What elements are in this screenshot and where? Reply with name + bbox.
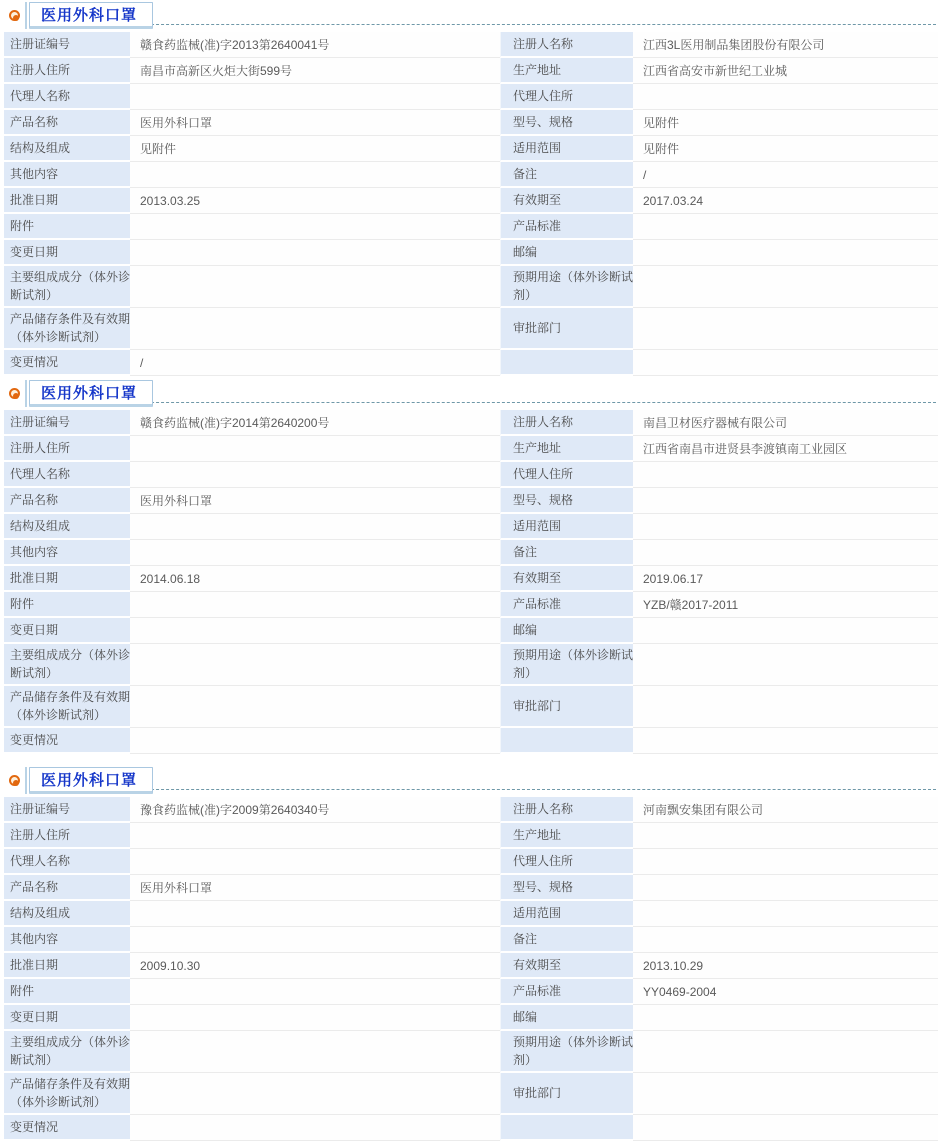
field-label: 批准日期 (4, 188, 130, 214)
field-value: 见附件 (633, 136, 938, 162)
record-section-1: 医用外科口罩 注册证编号 赣食药监械(准)字2013第2640041号 注册人名… (4, 2, 938, 376)
field-value (633, 901, 938, 927)
section-title: 医用外科口罩 (29, 380, 153, 407)
field-label: 注册人名称 (500, 410, 633, 436)
field-value (633, 686, 938, 728)
field-label: 其他内容 (4, 540, 130, 566)
field-value: / (633, 162, 938, 188)
field-value: 赣食药监械(准)字2014第2640200号 (130, 410, 500, 436)
section-title: 医用外科口罩 (29, 767, 153, 794)
field-label: 注册证编号 (4, 32, 130, 58)
bullseye-icon (9, 10, 20, 21)
field-value (633, 540, 938, 566)
section-title: 医用外科口罩 (29, 2, 153, 29)
field-value (633, 1031, 938, 1073)
field-value (130, 849, 500, 875)
field-label: 附件 (4, 979, 130, 1005)
field-label: 有效期至 (500, 188, 633, 214)
field-value (130, 901, 500, 927)
field-value: 2019.06.17 (633, 566, 938, 592)
field-label: 产品储存条件及有效期（体外诊断试剂） (4, 308, 130, 350)
field-value (633, 849, 938, 875)
field-value: 2017.03.24 (633, 188, 938, 214)
field-value (633, 728, 938, 754)
field-label: 代理人住所 (500, 84, 633, 110)
field-label: 备注 (500, 162, 633, 188)
field-value (130, 979, 500, 1005)
field-value (633, 514, 938, 540)
field-label: 预期用途（体外诊断试剂） (500, 1031, 633, 1073)
field-value (130, 514, 500, 540)
field-label: 适用范围 (500, 514, 633, 540)
field-label: 代理人名称 (4, 462, 130, 488)
section-header: 医用外科口罩 (3, 767, 938, 794)
field-label: 预期用途（体外诊断试剂） (500, 266, 633, 308)
field-value (633, 823, 938, 849)
field-label: 结构及组成 (4, 136, 130, 162)
field-label: 备注 (500, 540, 633, 566)
field-value: 2009.10.30 (130, 953, 500, 979)
section-header: 医用外科口罩 (3, 380, 938, 407)
field-value: 赣食药监械(准)字2013第2640041号 (130, 32, 500, 58)
field-value (130, 162, 500, 188)
field-label: 代理人名称 (4, 84, 130, 110)
field-value (633, 644, 938, 686)
field-label: 代理人名称 (4, 849, 130, 875)
field-label: 适用范围 (500, 136, 633, 162)
field-value (130, 1073, 500, 1115)
field-label: 适用范围 (500, 901, 633, 927)
field-value (633, 240, 938, 266)
field-label (500, 728, 633, 754)
field-label: 注册证编号 (4, 410, 130, 436)
field-label: 主要组成成分（体外诊断试剂） (4, 266, 130, 308)
field-value (130, 686, 500, 728)
bullet-icon-box (3, 767, 27, 794)
field-label: 结构及组成 (4, 514, 130, 540)
field-label: 注册证编号 (4, 797, 130, 823)
field-label: 附件 (4, 214, 130, 240)
field-label: 型号、规格 (500, 488, 633, 514)
field-label: 生产地址 (500, 823, 633, 849)
field-label (500, 350, 633, 376)
field-label: 其他内容 (4, 162, 130, 188)
field-label: 变更情况 (4, 1115, 130, 1141)
field-value: 2013.03.25 (130, 188, 500, 214)
bullseye-icon (9, 388, 20, 399)
field-value (130, 1005, 500, 1031)
field-label: 邮编 (500, 240, 633, 266)
field-value (130, 214, 500, 240)
field-label: 注册人住所 (4, 436, 130, 462)
field-value (633, 618, 938, 644)
field-value (130, 927, 500, 953)
field-label: 变更日期 (4, 1005, 130, 1031)
field-value (633, 214, 938, 240)
field-value (633, 1005, 938, 1031)
record-table: 注册证编号 赣食药监械(准)字2014第2640200号 注册人名称 南昌卫材医… (4, 410, 938, 754)
field-label: 变更日期 (4, 240, 130, 266)
field-label: 产品名称 (4, 110, 130, 136)
record-table: 注册证编号 赣食药监械(准)字2013第2640041号 注册人名称 江西3L医… (4, 32, 938, 376)
field-value (633, 266, 938, 308)
field-label: 批准日期 (4, 953, 130, 979)
field-value (633, 927, 938, 953)
field-label: 附件 (4, 592, 130, 618)
field-label: 变更情况 (4, 728, 130, 754)
field-value: 南昌市高新区火炬大街599号 (130, 58, 500, 84)
field-label (500, 1115, 633, 1141)
registration-records-page: 医用外科口罩 注册证编号 赣食药监械(准)字2013第2640041号 注册人名… (0, 0, 940, 1141)
record-table: 注册证编号 豫食药监械(准)字2009第2640340号 注册人名称 河南飘安集… (4, 797, 938, 1141)
bullseye-icon (9, 775, 20, 786)
field-label: 主要组成成分（体外诊断试剂） (4, 1031, 130, 1073)
field-value (130, 618, 500, 644)
dashed-divider (141, 789, 936, 790)
field-label: 产品标准 (500, 592, 633, 618)
field-label: 产品储存条件及有效期（体外诊断试剂） (4, 686, 130, 728)
field-value: YZB/赣2017-2011 (633, 592, 938, 618)
field-label: 其他内容 (4, 927, 130, 953)
field-label: 生产地址 (500, 436, 633, 462)
field-label: 产品标准 (500, 214, 633, 240)
field-value (130, 1031, 500, 1073)
field-label: 注册人住所 (4, 823, 130, 849)
field-value (130, 823, 500, 849)
field-label: 产品名称 (4, 488, 130, 514)
field-value: 河南飘安集团有限公司 (633, 797, 938, 823)
field-label: 代理人住所 (500, 462, 633, 488)
record-section-2: 医用外科口罩 注册证编号 赣食药监械(准)字2014第2640200号 注册人名… (4, 380, 938, 754)
record-section-3: 医用外科口罩 注册证编号 豫食药监械(准)字2009第2640340号 注册人名… (4, 767, 938, 1141)
field-label: 生产地址 (500, 58, 633, 84)
field-label: 审批部门 (500, 308, 633, 350)
field-label: 有效期至 (500, 566, 633, 592)
field-value (633, 1115, 938, 1141)
field-label: 注册人名称 (500, 797, 633, 823)
field-value (130, 540, 500, 566)
field-value: / (130, 350, 500, 376)
field-label: 产品标准 (500, 979, 633, 1005)
field-value: 南昌卫材医疗器械有限公司 (633, 410, 938, 436)
field-value (130, 728, 500, 754)
field-value: 见附件 (633, 110, 938, 136)
field-value (633, 462, 938, 488)
field-label: 注册人名称 (500, 32, 633, 58)
field-value (130, 84, 500, 110)
field-label: 变更日期 (4, 618, 130, 644)
field-value (130, 462, 500, 488)
field-label: 主要组成成分（体外诊断试剂） (4, 644, 130, 686)
field-label: 型号、规格 (500, 875, 633, 901)
field-value (633, 350, 938, 376)
section-header: 医用外科口罩 (3, 2, 938, 29)
field-label: 代理人住所 (500, 849, 633, 875)
field-value (633, 84, 938, 110)
field-label: 邮编 (500, 1005, 633, 1031)
field-value (130, 644, 500, 686)
field-label: 审批部门 (500, 1073, 633, 1115)
bullet-icon-box (3, 380, 27, 407)
field-value: 江西3L医用制品集团股份有限公司 (633, 32, 938, 58)
field-value (130, 436, 500, 462)
bullet-icon-box (3, 2, 27, 29)
field-value: 豫食药监械(准)字2009第2640340号 (130, 797, 500, 823)
dashed-divider (141, 402, 936, 403)
field-value (130, 308, 500, 350)
field-value: YY0469-2004 (633, 979, 938, 1005)
field-value (130, 266, 500, 308)
field-label: 预期用途（体外诊断试剂） (500, 644, 633, 686)
field-value: 江西省南昌市进贤县李渡镇南工业园区 (633, 436, 938, 462)
field-value: 江西省高安市新世纪工业城 (633, 58, 938, 84)
field-value (633, 1073, 938, 1115)
field-label: 注册人住所 (4, 58, 130, 84)
field-label: 型号、规格 (500, 110, 633, 136)
field-value (130, 592, 500, 618)
field-value (633, 875, 938, 901)
field-value: 2014.06.18 (130, 566, 500, 592)
field-label: 备注 (500, 927, 633, 953)
field-value (130, 240, 500, 266)
field-value: 医用外科口罩 (130, 488, 500, 514)
field-value: 医用外科口罩 (130, 875, 500, 901)
field-label: 产品名称 (4, 875, 130, 901)
field-value: 见附件 (130, 136, 500, 162)
field-label: 审批部门 (500, 686, 633, 728)
field-value (130, 1115, 500, 1141)
field-value (633, 308, 938, 350)
field-label: 变更情况 (4, 350, 130, 376)
field-label: 结构及组成 (4, 901, 130, 927)
field-value (633, 488, 938, 514)
field-value: 医用外科口罩 (130, 110, 500, 136)
field-label: 邮编 (500, 618, 633, 644)
field-value: 2013.10.29 (633, 953, 938, 979)
dashed-divider (141, 24, 936, 25)
field-label: 有效期至 (500, 953, 633, 979)
field-label: 产品储存条件及有效期（体外诊断试剂） (4, 1073, 130, 1115)
field-label: 批准日期 (4, 566, 130, 592)
